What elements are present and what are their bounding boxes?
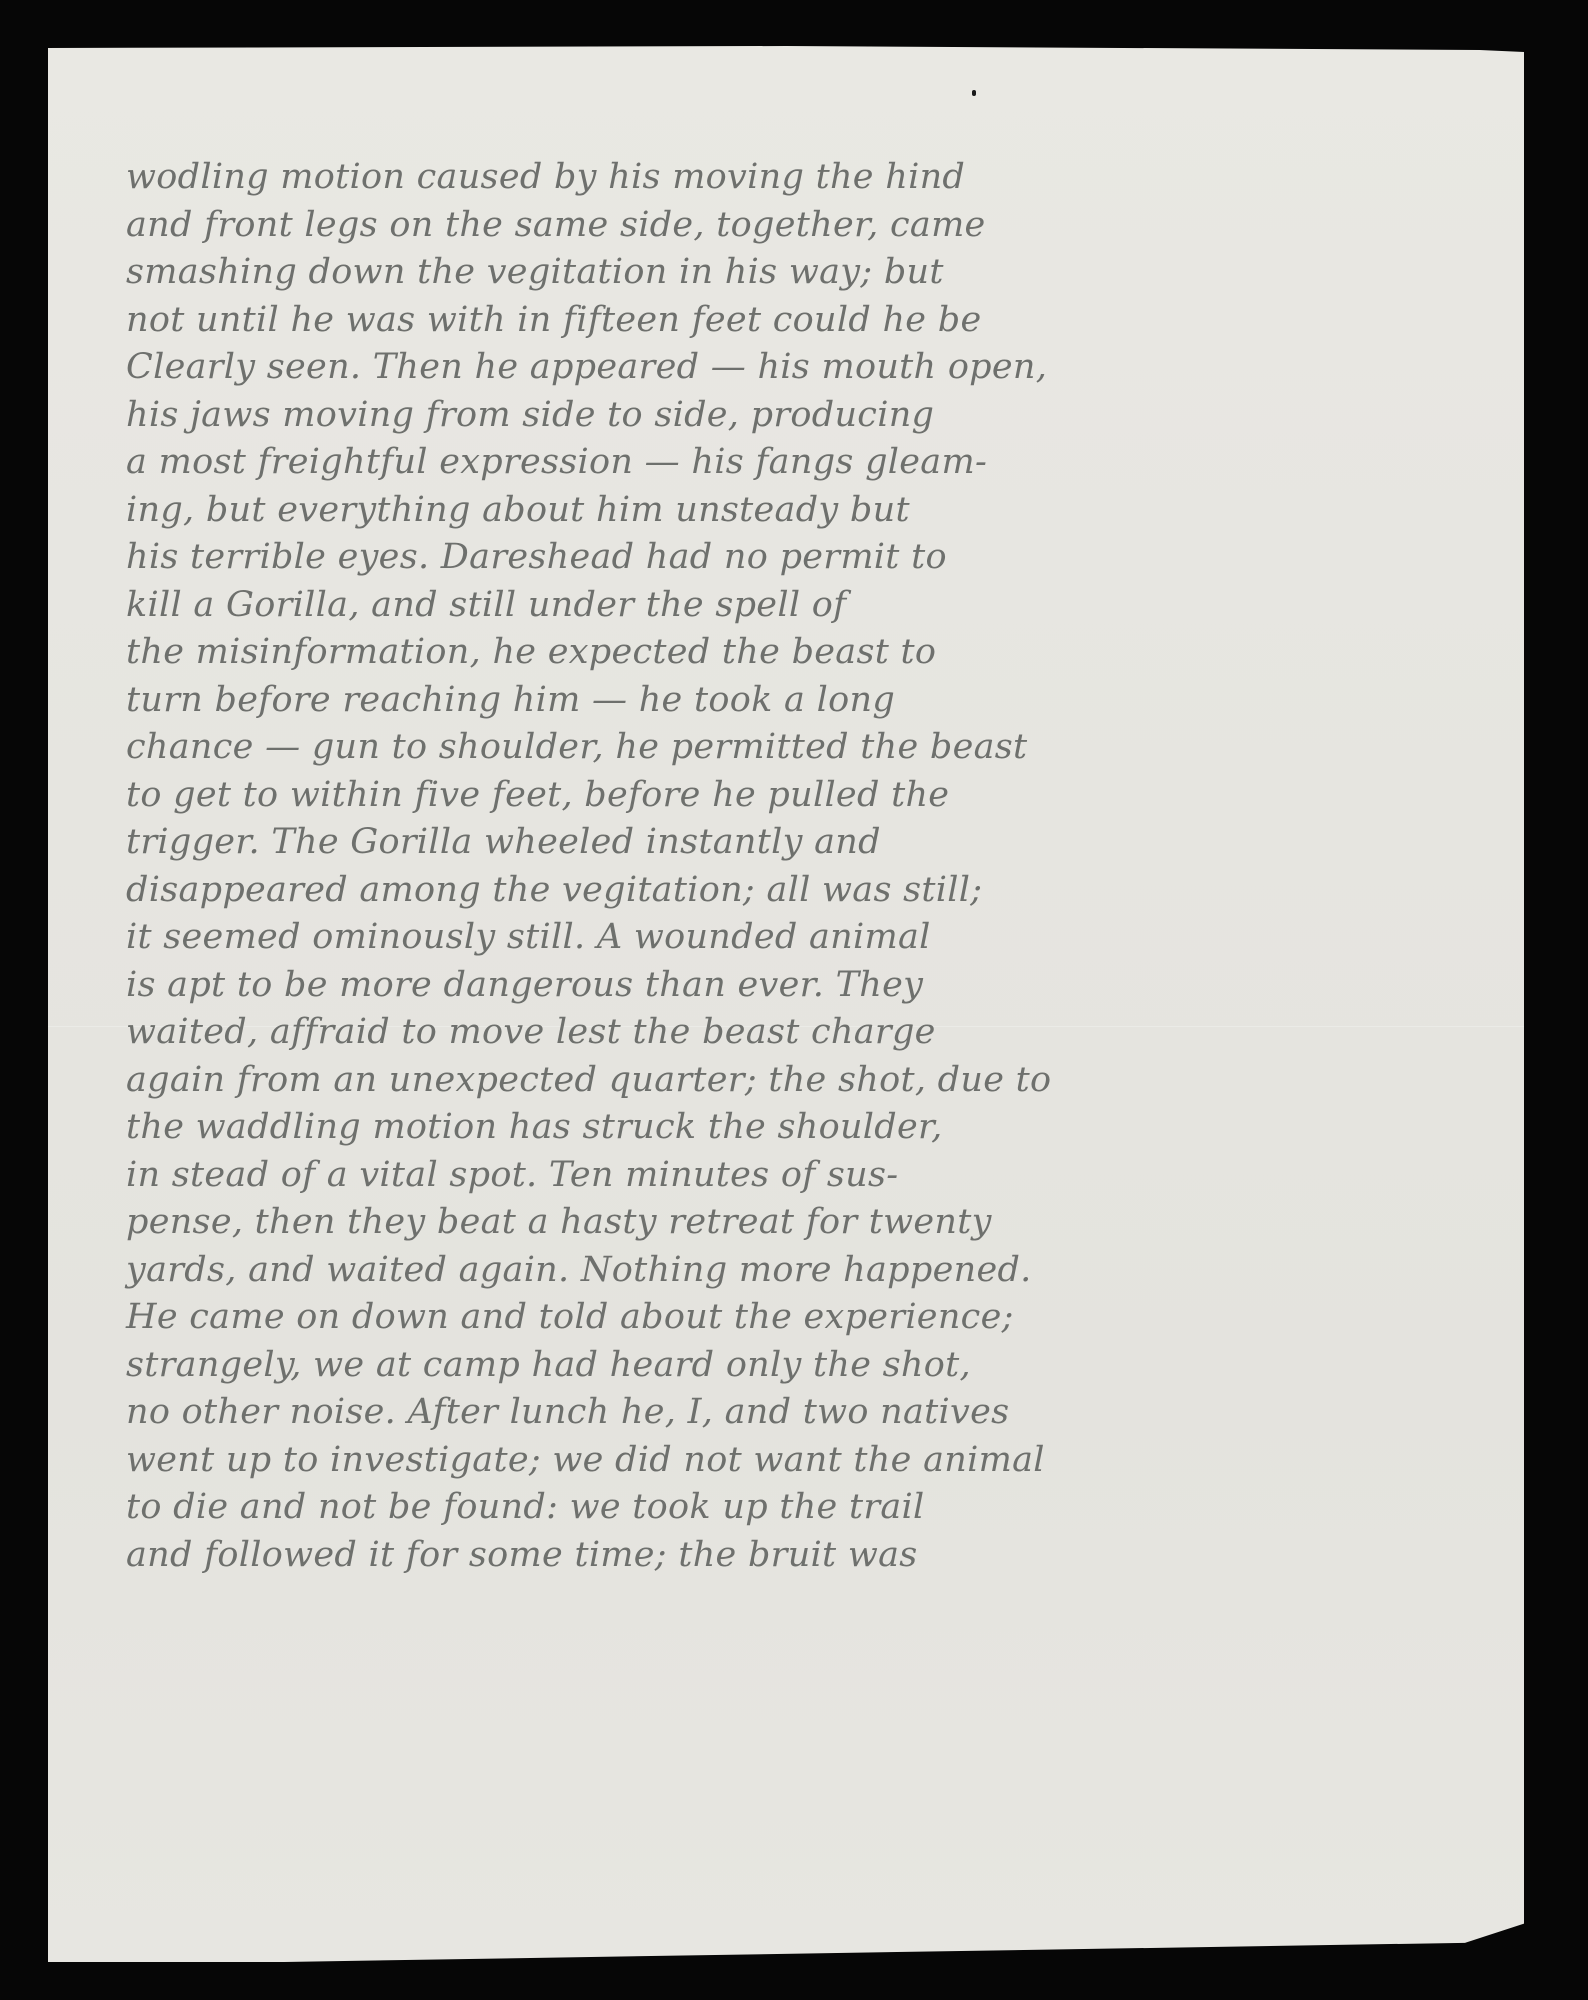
ink-dot-mark xyxy=(972,90,976,96)
text-line: pense, then they beat a hasty retreat fo… xyxy=(126,1199,1506,1247)
text-line: in stead of a vital spot. Ten minutes of… xyxy=(126,1152,1506,1200)
text-line: to die and not be found: we took up the … xyxy=(126,1484,1506,1532)
letter-page: wodling motion caused by his moving the … xyxy=(48,46,1524,1962)
text-line: and front legs on the same side, togethe… xyxy=(126,202,1506,250)
text-line: the misinformation, he expected the beas… xyxy=(126,629,1506,677)
text-line: chance — gun to shoulder, he permitted t… xyxy=(126,724,1506,772)
text-line: wodling motion caused by his moving the … xyxy=(126,154,1506,202)
text-line: it seemed ominously still. A wounded ani… xyxy=(126,914,1506,962)
text-line: is apt to be more dangerous than ever. T… xyxy=(126,962,1506,1010)
text-line: waited, affraid to move lest the beast c… xyxy=(126,1009,1506,1057)
text-line: a most freightful expression — his fangs… xyxy=(126,439,1506,487)
text-line: turn before reaching him — he took a lon… xyxy=(126,677,1506,725)
text-line: went up to investigate; we did not want … xyxy=(126,1437,1506,1485)
text-line: to get to within five feet, before he pu… xyxy=(126,772,1506,820)
text-line: disappeared among the vegitation; all wa… xyxy=(126,867,1506,915)
text-line: and followed it for some time; the bruit… xyxy=(126,1532,1506,1580)
text-line: his terrible eyes. Dareshead had no perm… xyxy=(126,534,1506,582)
text-line: strangely, we at camp had heard only the… xyxy=(126,1342,1506,1390)
text-line: yards, and waited again. Nothing more ha… xyxy=(126,1247,1506,1295)
handwritten-text-body: wodling motion caused by his moving the … xyxy=(126,154,1506,1579)
text-line: trigger. The Gorilla wheeled instantly a… xyxy=(126,819,1506,867)
text-line: ing, but everything about him unsteady b… xyxy=(126,487,1506,535)
text-line: not until he was with in fifteen feet co… xyxy=(126,297,1506,345)
text-line: He came on down and told about the exper… xyxy=(126,1294,1506,1342)
text-line: kill a Gorilla, and still under the spel… xyxy=(126,582,1506,630)
text-line: no other noise. After lunch he, I, and t… xyxy=(126,1389,1506,1437)
text-line: again from an unexpected quarter; the sh… xyxy=(126,1057,1506,1105)
text-line: smashing down the vegitation in his way;… xyxy=(126,249,1506,297)
text-line: his jaws moving from side to side, produ… xyxy=(126,392,1506,440)
text-line: Clearly seen. Then he appeared — his mou… xyxy=(126,344,1506,392)
text-line: the waddling motion has struck the shoul… xyxy=(126,1104,1506,1152)
